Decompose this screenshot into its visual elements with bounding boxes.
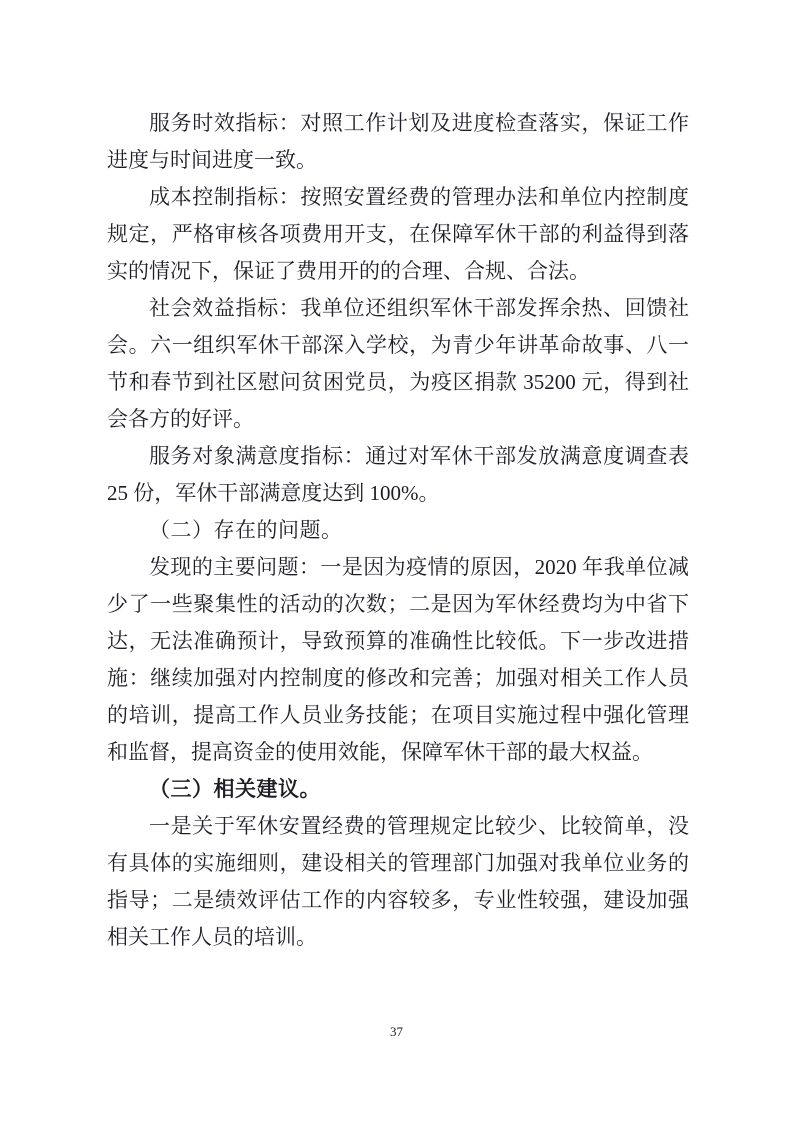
text-line: 相关工作人员的培训。: [107, 919, 689, 956]
text-line: （二）存在的问题。: [107, 512, 689, 549]
text-line: 进度与时间进度一致。: [107, 142, 689, 179]
paragraph: 成本控制指标：按照安置经费的管理办法和单位内控制度规定，严格审核各项费用开支，在…: [107, 179, 689, 290]
text-line: 少了一些聚集性的活动的次数；二是因为军休经费均为中省下: [107, 586, 689, 623]
text-line: 会各方的好评。: [107, 401, 689, 438]
text-line: 施：继续加强对内控制度的修改和完善；加强对相关工作人员: [107, 660, 689, 697]
section-heading: （三）相关建议。: [107, 771, 689, 808]
text-line: 会。六一组织军休干部深入学校，为青少年讲革命故事、八一: [107, 327, 689, 364]
paragraph: 发现的主要问题：一是因为疫情的原因，2020 年我单位减少了一些聚集性的活动的次…: [107, 549, 689, 771]
text-line: （三）相关建议。: [107, 771, 689, 808]
text-line: 服务时效指标：对照工作计划及进度检查落实，保证工作: [107, 105, 689, 142]
text-line: 达，无法准确预计，导致预算的准确性比较低。下一步改进措: [107, 623, 689, 660]
paragraph: 服务时效指标：对照工作计划及进度检查落实，保证工作进度与时间进度一致。: [107, 105, 689, 179]
text-line: 指导；二是绩效评估工作的内容较多，专业性较强，建设加强: [107, 882, 689, 919]
text-line: 发现的主要问题：一是因为疫情的原因，2020 年我单位减: [107, 549, 689, 586]
text-line: 服务对象满意度指标：通过对军休干部发放满意度调查表: [107, 438, 689, 475]
text-line: 25 份，军休干部满意度达到 100%。: [107, 475, 689, 512]
paragraph: 服务对象满意度指标：通过对军休干部发放满意度调查表25 份，军休干部满意度达到 …: [107, 438, 689, 512]
text-line: 成本控制指标：按照安置经费的管理办法和单位内控制度: [107, 179, 689, 216]
page-number: 37: [0, 1024, 793, 1040]
text-line: 有具体的实施细则，建设相关的管理部门加强对我单位业务的: [107, 845, 689, 882]
text-line: 的培训，提高工作人员业务技能；在项目实施过程中强化管理: [107, 697, 689, 734]
text-line: 实的情况下，保证了费用开的的合理、合规、合法。: [107, 253, 689, 290]
paragraph: 一是关于军休安置经费的管理规定比较少、比较简单，没有具体的实施细则，建设相关的管…: [107, 808, 689, 956]
text-line: 社会效益指标：我单位还组织军休干部发挥余热、回馈社: [107, 290, 689, 327]
document-page: 服务时效指标：对照工作计划及进度检查落实，保证工作进度与时间进度一致。成本控制指…: [0, 0, 793, 1122]
text-line: 规定，严格审核各项费用开支，在保障军休干部的利益得到落: [107, 216, 689, 253]
text-line: 和监督，提高资金的使用效能，保障军休干部的最大权益。: [107, 734, 689, 771]
document-body: 服务时效指标：对照工作计划及进度检查落实，保证工作进度与时间进度一致。成本控制指…: [107, 105, 689, 956]
paragraph: 社会效益指标：我单位还组织军休干部发挥余热、回馈社会。六一组织军休干部深入学校，…: [107, 290, 689, 438]
section-heading: （二）存在的问题。: [107, 512, 689, 549]
text-line: 节和春节到社区慰问贫困党员，为疫区捐款 35200 元，得到社: [107, 364, 689, 401]
text-line: 一是关于军休安置经费的管理规定比较少、比较简单，没: [107, 808, 689, 845]
